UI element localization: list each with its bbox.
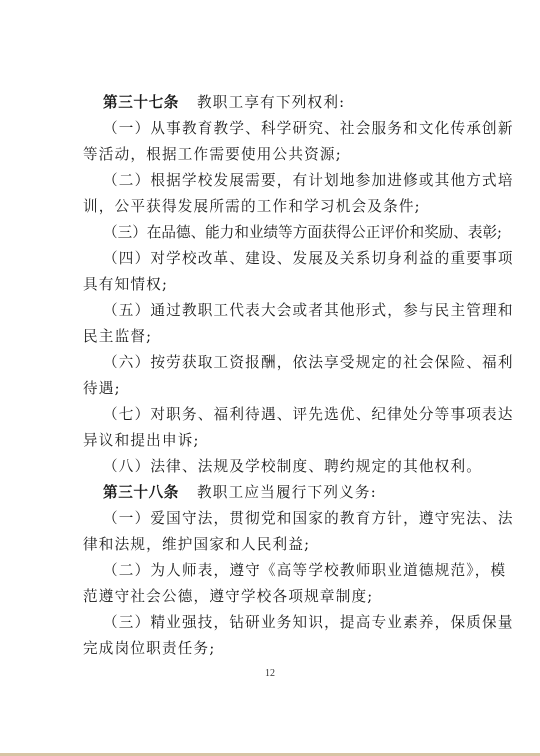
paragraph-line: （六）按劳获取工资报酬，依法享受规定的社会保险、福利 [83, 350, 467, 376]
paragraph-line: 范遵守社会公德，遵守学校各项规章制度; [83, 584, 467, 610]
paragraph-line: （八）法律、法规及学校制度、聘约规定的其他权利。 [83, 454, 467, 480]
paragraph-line: 完成岗位职责任务; [83, 636, 467, 662]
paragraph-line: 待遇; [83, 376, 467, 402]
paragraph-line: （三）精业强技，钻研业务知识，提高专业素养，保质保量 [83, 610, 467, 636]
paragraph-line: 异议和提出申诉; [83, 428, 467, 454]
paragraph-line: 训，公平获得发展所需的工作和学习机会及条件; [83, 194, 467, 220]
paragraph-line: （一）从事教育教学、科学研究、社会服务和文化传承创新 [83, 116, 467, 142]
paragraph-line: 具有知情权; [83, 272, 467, 298]
article-number: 第三十七条 [103, 94, 179, 111]
article-38-heading: 第三十八条教职工应当履行下列义务: [83, 480, 467, 506]
paragraph-line: 等活动，根据工作需要使用公共资源; [83, 142, 467, 168]
paragraph-line: （四）对学校改革、建设、发展及关系切身利益的重要事项 [83, 246, 467, 272]
article-title: 教职工应当履行下列义务: [197, 484, 377, 501]
paragraph-line: （一）爱国守法，贯彻党和国家的教育方针，遵守宪法、法 [83, 506, 467, 532]
paragraph-line: （七）对职务、福利待遇、评先选优、纪律处分等事项表达 [83, 402, 467, 428]
article-37-heading: 第三十七条教职工享有下列权利: [83, 90, 467, 116]
article-title: 教职工享有下列权利: [197, 94, 345, 111]
page-number: 12 [0, 668, 540, 679]
paragraph-line: （二）根据学校发展需要，有计划地参加进修或其他方式培 [83, 168, 467, 194]
paragraph-line: 律和法规，维护国家和人民利益; [83, 532, 467, 558]
paragraph-line: （二）为人师表，遵守《高等学校教师职业道德规范》，模 [83, 558, 467, 584]
paragraph-line: （五）通过教职工代表大会或者其他形式，参与民主管理和 [83, 298, 467, 324]
paragraph-line: 民主监督; [83, 324, 467, 350]
document-page: 第三十七条教职工享有下列权利: （一）从事教育教学、科学研究、社会服务和文化传承… [83, 90, 467, 662]
paragraph-line: （三）在品德、能力和业绩等方面获得公正评价和奖励、表彰; [83, 220, 467, 246]
article-number: 第三十八条 [103, 484, 179, 501]
